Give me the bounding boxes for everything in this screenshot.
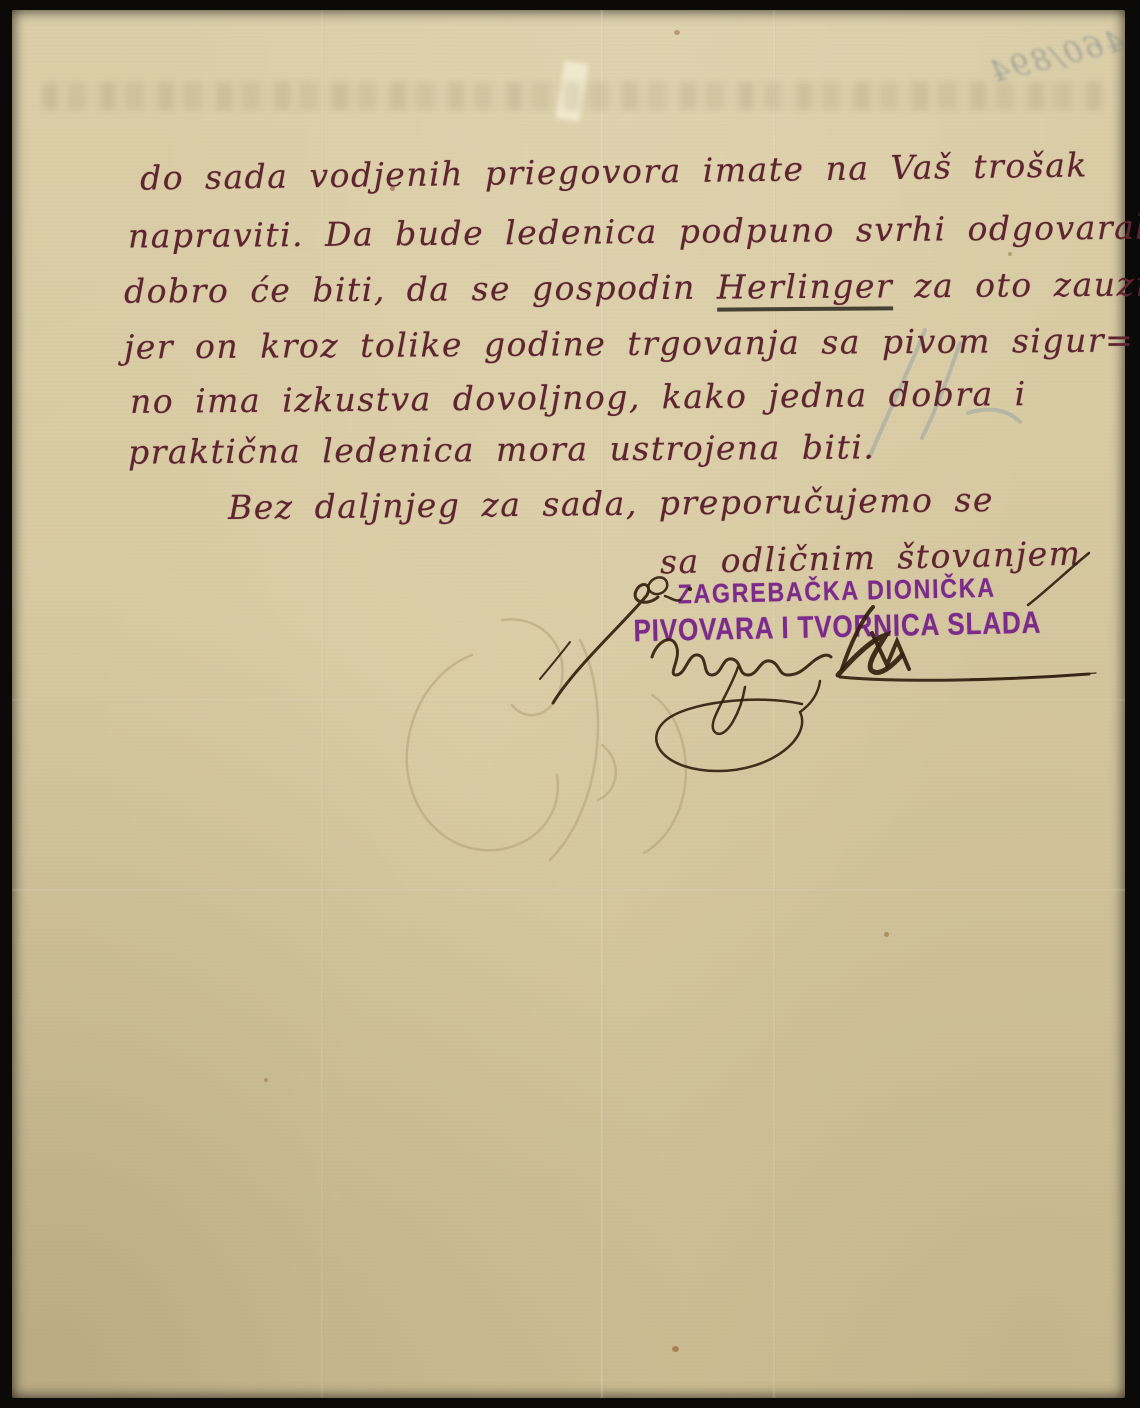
foxing-spot	[672, 1346, 679, 1352]
underlined-name: Herlinger	[717, 266, 894, 311]
scanned-letter-page: 460/894 do sada vodjenih priegovora imat…	[0, 0, 1140, 1408]
manuscript-closing-line: Bez daljnjeg za sada, preporučujemo se	[228, 480, 994, 527]
manuscript-line: jer on kroz tolike godine trgovanja sa p…	[124, 320, 1134, 366]
paper-sheet: 460/894 do sada vodjenih priegovora imat…	[12, 10, 1125, 1398]
manuscript-line: no ima izkustva dovoljnog, kako jedna do…	[130, 374, 1027, 421]
foxing-spot	[884, 932, 889, 937]
manuscript-text: za oto zauzme	[893, 264, 1140, 305]
manuscript-line: praktična ledenica mora ustrojena biti.	[128, 427, 876, 471]
foxing-spot	[264, 1078, 268, 1082]
signature-ink	[540, 545, 1110, 795]
foxing-spot	[674, 30, 680, 35]
manuscript-line: napraviti. Da bude ledenica podpuno svrh…	[128, 207, 1140, 255]
foxing-spot	[1008, 252, 1012, 256]
manuscript-text: dobro će biti, da se gospodin	[124, 268, 717, 311]
manuscript-line: do sada vodjenih priegovora imate na Vaš…	[140, 145, 1088, 197]
manuscript-line: dobro će biti, da se gospodin Herlinger …	[124, 264, 1140, 310]
foxing-spot	[390, 186, 395, 191]
bleedthrough-letterhead-band	[42, 82, 1107, 110]
